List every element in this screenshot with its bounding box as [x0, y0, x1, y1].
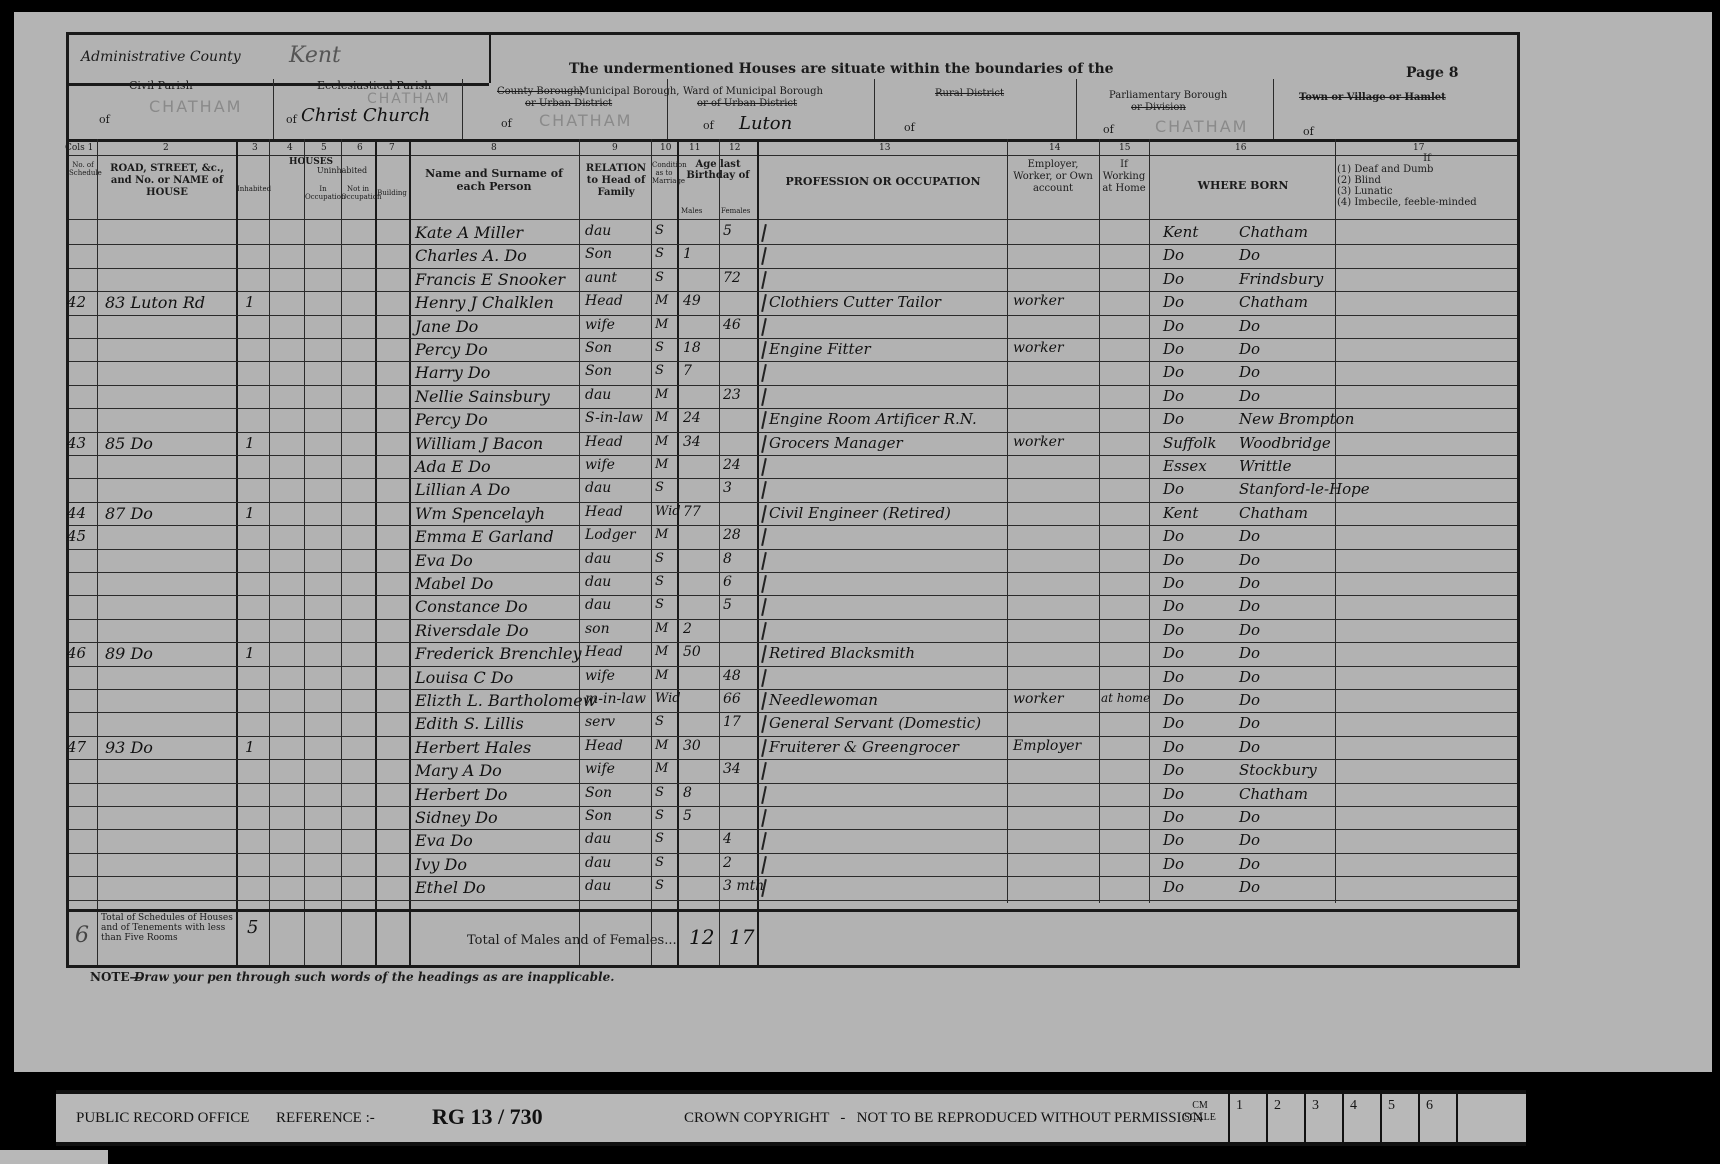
- cell-born-place: New Brompton: [1239, 410, 1354, 428]
- cell-female-age: 28: [723, 527, 741, 543]
- totals-label: Total of Males and of Females...: [467, 933, 677, 948]
- col-address-header: ROAD, STREET, &c., and No. or NAME of HO…: [101, 163, 233, 199]
- cell-occupation: Engine Room Artificer R.N.: [769, 410, 977, 428]
- scale-mark-6: 6: [1418, 1094, 1456, 1142]
- cell-male-age: 7: [683, 363, 692, 379]
- cell-born-county: Suffolk: [1163, 434, 1216, 452]
- checkmark-icon: [761, 762, 767, 780]
- cell-born-county: Do: [1163, 340, 1184, 358]
- checkmark-icon: [761, 786, 767, 804]
- females-total: 17: [729, 925, 754, 949]
- cell-male-age: 24: [683, 410, 701, 426]
- checkmark-icon: [761, 247, 767, 265]
- cell-name: Herbert Hales: [415, 738, 531, 757]
- cell-name: Lillian A Do: [415, 480, 510, 499]
- cell-relation: Head: [585, 644, 623, 660]
- cell-born-county: Do: [1163, 691, 1184, 709]
- cell-name: Eva Do: [415, 551, 473, 570]
- checkmark-icon: [761, 552, 767, 570]
- cell-born-county: Do: [1163, 808, 1184, 826]
- page-number: Page 8: [1406, 65, 1459, 81]
- ecclesiastical-parish-value: Christ Church: [301, 105, 430, 126]
- cell-address: 87 Do: [105, 504, 153, 523]
- checkmark-icon: [761, 598, 767, 616]
- cell-born-county: Do: [1163, 246, 1184, 264]
- checkmark-icon: [761, 435, 767, 453]
- stamp-civil-parish: CHATHAM: [149, 97, 242, 116]
- cell-born-place: Do: [1239, 738, 1260, 756]
- cell-name: Ivy Do: [415, 855, 467, 874]
- cell-relation: dau: [585, 574, 611, 590]
- cell-female-age: 72: [723, 270, 741, 286]
- cell-condition: S: [655, 597, 664, 612]
- cell-born-county: Do: [1163, 293, 1184, 311]
- cell-name: William J Bacon: [415, 434, 543, 453]
- cell-relation: Lodger: [585, 527, 636, 543]
- cell-born-place: Stockbury: [1239, 761, 1317, 779]
- cell-born-county: Do: [1163, 714, 1184, 732]
- schedules-total-label: Total of Schedules of Houses and of Tene…: [101, 913, 233, 943]
- cell-name: Emma E Garland: [415, 527, 554, 546]
- cell-inhabited: 1: [245, 738, 255, 756]
- cell-employment: worker: [1013, 340, 1064, 356]
- cell-name: Ada E Do: [415, 457, 491, 476]
- col-where-born-header: WHERE BORN: [1151, 179, 1335, 192]
- cell-born-place: Do: [1239, 597, 1260, 615]
- cell-relation: Head: [585, 504, 623, 520]
- checkmark-icon: [761, 669, 767, 687]
- cell-female-age: 23: [723, 387, 741, 403]
- cell-born-place: Writtle: [1239, 457, 1291, 475]
- col-name-header: Name and Surname of each Person: [414, 167, 574, 193]
- cell-name: Edith S. Lillis: [415, 714, 524, 733]
- cell-female-age: 34: [723, 761, 741, 777]
- cell-relation: son: [585, 621, 610, 637]
- cell-relation: dau: [585, 223, 611, 239]
- cell-schedule: 47: [67, 738, 86, 756]
- cell-born-place: Do: [1239, 878, 1260, 896]
- cell-relation: serv: [585, 714, 615, 730]
- cell-relation: Son: [585, 340, 612, 356]
- cell-condition: M: [655, 644, 668, 659]
- cell-name: Francis E Snooker: [415, 270, 565, 289]
- cell-employment: worker: [1013, 691, 1064, 707]
- cell-relation: Son: [585, 785, 612, 801]
- males-total: 12: [689, 925, 714, 949]
- scale-mark-5: 5: [1380, 1094, 1418, 1142]
- cell-born-county: Do: [1163, 878, 1184, 896]
- cell-born-county: Do: [1163, 668, 1184, 686]
- cell-female-age: 66: [723, 691, 741, 707]
- cell-name: Charles A. Do: [415, 246, 527, 265]
- cell-condition: M: [655, 387, 668, 402]
- cell-born-county: Do: [1163, 644, 1184, 662]
- cell-occupation: General Servant (Domestic): [769, 714, 981, 732]
- cell-born-place: Do: [1239, 246, 1260, 264]
- cell-condition: Wid: [655, 691, 681, 706]
- cell-male-age: 1: [683, 246, 692, 262]
- cell-born-place: Do: [1239, 340, 1260, 358]
- cell-born-county: Do: [1163, 387, 1184, 405]
- cell-condition: M: [655, 621, 668, 636]
- cell-relation: dau: [585, 387, 611, 403]
- cell-condition: S: [655, 855, 664, 870]
- cell-employment: worker: [1013, 293, 1064, 309]
- cell-at-home: at home: [1101, 691, 1150, 705]
- cell-condition: M: [655, 761, 668, 776]
- cell-occupation: Grocers Manager: [769, 434, 903, 452]
- cell-female-age: 5: [723, 223, 732, 239]
- cell-relation: wife: [585, 317, 615, 333]
- checkmark-icon: [761, 645, 767, 663]
- cell-address: 93 Do: [105, 738, 153, 757]
- cell-condition: S: [655, 574, 664, 589]
- cell-name: Riversdale Do: [415, 621, 528, 640]
- cell-born-place: Do: [1239, 714, 1260, 732]
- cm-scale-label: CM SCALE: [1180, 1100, 1220, 1124]
- cell-female-age: 3: [723, 480, 732, 496]
- reference-label: REFERENCE :-: [276, 1110, 375, 1127]
- checkmark-icon: [761, 505, 767, 523]
- cell-male-age: 18: [683, 340, 701, 356]
- admin-county-value: Kent: [289, 43, 341, 68]
- cell-born-county: Do: [1163, 597, 1184, 615]
- cell-relation: dau: [585, 597, 611, 613]
- copyright-notice: CROWN COPYRIGHT - NOT TO BE REPRODUCED W…: [684, 1110, 1203, 1127]
- cell-male-age: 30: [683, 738, 701, 754]
- cell-born-county: Do: [1163, 761, 1184, 779]
- reference-number: RG 13 / 730: [432, 1104, 543, 1130]
- cell-occupation: Engine Fitter: [769, 340, 871, 358]
- cell-inhabited: 1: [245, 434, 255, 452]
- cell-born-place: Do: [1239, 621, 1260, 639]
- cell-occupation: Retired Blacksmith: [769, 644, 915, 662]
- cell-born-place: Do: [1239, 855, 1260, 873]
- checkmark-icon: [761, 481, 767, 499]
- cell-condition: S: [655, 363, 664, 378]
- cell-schedule: 44: [67, 504, 86, 522]
- cell-male-age: 2: [683, 621, 692, 637]
- cell-born-place: Woodbridge: [1239, 434, 1331, 452]
- cell-inhabited: 1: [245, 504, 255, 522]
- cell-name: Jane Do: [415, 317, 478, 336]
- cell-female-age: 17: [723, 714, 741, 730]
- scale-mark-3: 3: [1304, 1094, 1342, 1142]
- cell-born-place: Do: [1239, 551, 1260, 569]
- cell-born-place: Do: [1239, 668, 1260, 686]
- cell-female-age: 5: [723, 597, 732, 613]
- cell-born-county: Do: [1163, 785, 1184, 803]
- cell-born-place: Chatham: [1239, 504, 1308, 522]
- scale-mark-1: 1: [1228, 1094, 1266, 1142]
- cell-born-place: Do: [1239, 831, 1260, 849]
- cell-condition: M: [655, 434, 668, 449]
- cell-name: Kate A Miller: [415, 223, 523, 242]
- cell-born-county: Kent: [1163, 504, 1198, 522]
- cell-address: 83 Luton Rd: [105, 293, 205, 312]
- cell-born-county: Do: [1163, 270, 1184, 288]
- cell-relation: wife: [585, 457, 615, 473]
- cell-name: Eva Do: [415, 831, 473, 850]
- cell-born-place: Do: [1239, 808, 1260, 826]
- cell-born-place: Do: [1239, 363, 1260, 381]
- cell-employment: Employer: [1013, 738, 1081, 754]
- cell-born-place: Chatham: [1239, 223, 1308, 241]
- cell-employment: worker: [1013, 434, 1064, 450]
- cell-born-county: Do: [1163, 831, 1184, 849]
- cell-name: Sidney Do: [415, 808, 498, 827]
- cell-born-place: Chatham: [1239, 293, 1308, 311]
- cell-born-place: Do: [1239, 527, 1260, 545]
- divider: [489, 35, 491, 83]
- cell-born-place: Do: [1239, 317, 1260, 335]
- cell-condition: M: [655, 668, 668, 683]
- cell-relation: S-in-law: [585, 410, 643, 426]
- cell-name: Mary A Do: [415, 761, 502, 780]
- cell-born-county: Do: [1163, 855, 1184, 873]
- cell-condition: M: [655, 527, 668, 542]
- cell-condition: S: [655, 785, 664, 800]
- cell-female-age: 24: [723, 457, 741, 473]
- checkmark-icon: [761, 622, 767, 640]
- cell-name: Louisa C Do: [415, 668, 513, 687]
- cell-male-age: 5: [683, 808, 692, 824]
- cell-relation: m-in-law: [585, 691, 646, 707]
- cell-relation: Head: [585, 738, 623, 754]
- cell-born-county: Do: [1163, 551, 1184, 569]
- cell-name: Percy Do: [415, 340, 488, 359]
- cell-male-age: 8: [683, 785, 692, 801]
- cell-female-age: 2: [723, 855, 732, 871]
- cell-born-county: Do: [1163, 480, 1184, 498]
- cell-name: Nellie Sainsbury: [415, 387, 550, 406]
- cell-inhabited: 1: [245, 644, 255, 662]
- cell-condition: S: [655, 340, 664, 355]
- ward-value: Luton: [739, 113, 792, 134]
- cell-inhabited: 1: [245, 293, 255, 311]
- cell-relation: dau: [585, 878, 611, 894]
- cell-relation: dau: [585, 551, 611, 567]
- cell-born-county: Do: [1163, 410, 1184, 428]
- cell-relation: Head: [585, 434, 623, 450]
- cell-relation: dau: [585, 855, 611, 871]
- col-schedule-header: No. of Schedule: [69, 161, 97, 177]
- checkmark-icon: [761, 458, 767, 476]
- cell-name: Wm Spencelayh: [415, 504, 545, 523]
- cell-condition: S: [655, 831, 664, 846]
- cell-born-county: Do: [1163, 363, 1184, 381]
- cell-male-age: 34: [683, 434, 701, 450]
- cell-occupation: Needlewoman: [769, 691, 878, 709]
- cell-relation: dau: [585, 480, 611, 496]
- checkmark-icon: [761, 575, 767, 593]
- cell-condition: S: [655, 808, 664, 823]
- intro-text: The undermentioned Houses are situate wi…: [569, 61, 1114, 77]
- schedules-tally: 6: [75, 923, 89, 948]
- cell-born-place: Do: [1239, 574, 1260, 592]
- cell-name: Harry Do: [415, 363, 490, 382]
- col-occupation-header: PROFESSION OR OCCUPATION: [759, 175, 1007, 188]
- cell-born-county: Essex: [1163, 457, 1207, 475]
- cell-schedule: 42: [67, 293, 86, 311]
- scale-mark-2: 2: [1266, 1094, 1304, 1142]
- cell-born-place: Stanford-le-Hope: [1239, 480, 1370, 498]
- cell-female-age: 6: [723, 574, 732, 590]
- cell-born-place: Do: [1239, 691, 1260, 709]
- checkmark-icon: [761, 715, 767, 733]
- checkmark-icon: [761, 411, 767, 429]
- checkmark-icon: [761, 856, 767, 874]
- cell-name: Mabel Do: [415, 574, 493, 593]
- checkmark-icon: [761, 528, 767, 546]
- checkmark-icon: [761, 809, 767, 827]
- cell-address: 85 Do: [105, 434, 153, 453]
- houses-total: 5: [247, 917, 258, 938]
- cell-born-place: Do: [1239, 644, 1260, 662]
- col-infirmity-header: If (1) Deaf and Dumb (2) Blind (3) Lunat…: [1337, 153, 1517, 208]
- cell-name: Percy Do: [415, 410, 488, 429]
- cell-relation: Son: [585, 363, 612, 379]
- cell-condition: S: [655, 270, 664, 285]
- cell-name: Constance Do: [415, 597, 528, 616]
- cell-born-county: Do: [1163, 527, 1184, 545]
- cell-relation: Son: [585, 808, 612, 824]
- cell-male-age: 50: [683, 644, 701, 660]
- cell-born-county: Do: [1163, 574, 1184, 592]
- cell-born-county: Do: [1163, 621, 1184, 639]
- cell-condition: M: [655, 317, 668, 332]
- cell-relation: wife: [585, 761, 615, 777]
- cell-condition: M: [655, 457, 668, 472]
- cell-female-age: 8: [723, 551, 732, 567]
- cell-address: 89 Do: [105, 644, 153, 663]
- cell-name: Elizth L. Bartholomew: [415, 691, 596, 710]
- checkmark-icon: [761, 739, 767, 757]
- cell-condition: S: [655, 246, 664, 261]
- census-form: Administrative County Kent The underment…: [66, 32, 1520, 968]
- cell-male-age: 49: [683, 293, 701, 309]
- cell-name: Frederick Brenchley: [415, 644, 582, 663]
- cell-condition: M: [655, 410, 668, 425]
- cell-female-age: 3 mth: [723, 878, 764, 894]
- cell-occupation: Civil Engineer (Retired): [769, 504, 951, 522]
- col-relation-header: RELATION to Head of Family: [581, 163, 651, 199]
- cell-female-age: 46: [723, 317, 741, 333]
- cell-schedule: 43: [67, 434, 86, 452]
- cell-occupation: Fruiterer & Greengrocer: [769, 738, 959, 756]
- checkmark-icon: [761, 341, 767, 359]
- cell-born-place: Frindsbury: [1239, 270, 1323, 288]
- cell-condition: M: [655, 738, 668, 753]
- cell-condition: Wid: [655, 504, 681, 519]
- cell-schedule: 45: [67, 527, 86, 545]
- cell-name: Ethel Do: [415, 878, 486, 897]
- cell-schedule: 46: [67, 644, 86, 662]
- cell-born-place: Do: [1239, 387, 1260, 405]
- cell-born-county: Do: [1163, 738, 1184, 756]
- cell-relation: Head: [585, 293, 623, 309]
- cell-condition: S: [655, 878, 664, 893]
- cell-born-place: Chatham: [1239, 785, 1308, 803]
- checkmark-icon: [761, 318, 767, 336]
- checkmark-icon: [761, 294, 767, 312]
- cell-born-county: Kent: [1163, 223, 1198, 241]
- cell-condition: M: [655, 293, 668, 308]
- archive-footer: PUBLIC RECORD OFFICE REFERENCE :- RG 13 …: [56, 1090, 1526, 1146]
- checkmark-icon: [761, 224, 767, 242]
- scale-mark-4: 4: [1342, 1094, 1380, 1142]
- cell-relation: Son: [585, 246, 612, 262]
- cell-relation: wife: [585, 668, 615, 684]
- cell-name: Henry J Chalklen: [415, 293, 554, 312]
- cell-condition: S: [655, 714, 664, 729]
- cell-condition: S: [655, 551, 664, 566]
- office-label: PUBLIC RECORD OFFICE: [76, 1110, 249, 1127]
- checkmark-icon: [761, 692, 767, 710]
- cell-relation: aunt: [585, 270, 617, 286]
- checkmark-icon: [761, 388, 767, 406]
- cell-condition: S: [655, 223, 664, 238]
- cell-relation: dau: [585, 831, 611, 847]
- cell-female-age: 4: [723, 831, 732, 847]
- cell-born-county: Do: [1163, 317, 1184, 335]
- checkmark-icon: [761, 832, 767, 850]
- admin-county-label: Administrative County: [81, 49, 241, 65]
- cell-name: Herbert Do: [415, 785, 507, 804]
- cell-condition: S: [655, 480, 664, 495]
- cell-occupation: Clothiers Cutter Tailor: [769, 293, 941, 311]
- cell-male-age: 77: [683, 504, 701, 520]
- checkmark-icon: [761, 364, 767, 382]
- cell-female-age: 48: [723, 668, 741, 684]
- checkmark-icon: [761, 271, 767, 289]
